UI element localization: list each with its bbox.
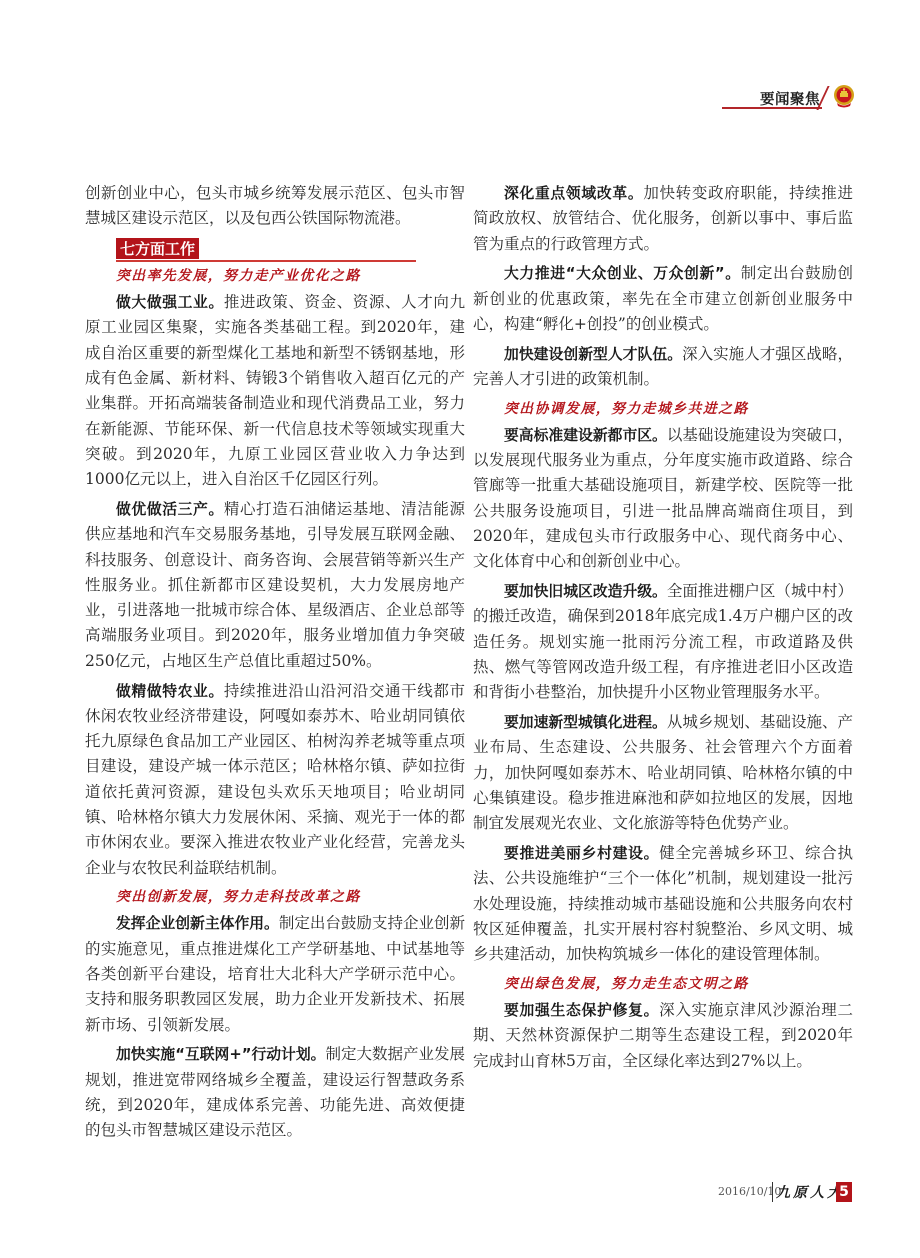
paragraph: 要推进美丽乡村建设。健全完善城乡环卫、综合执法、公共设施维护“三个一体化”机制，… [473,841,853,967]
left-column: 创新创业中心，包头市城乡统筹发展示范区、包头市智慧城区建设示范区，以及包西公铁国… [85,181,465,1148]
paragraph: 深化重点领域改革。加快转变政府职能，持续推进简政放权、放管结合、优化服务，创新以… [473,181,853,257]
section-header: 七方面工作 [85,236,465,264]
subhead: 突出率先发展，努力走产业优化之路 [85,264,465,289]
page-footer: 2016/10/10 九原人大 5 [0,1182,920,1212]
paragraph-lead: 要高标准建设新都市区。 [504,427,667,444]
paragraph: 做优做活三产。精心打造石油储运基地、清洁能源供应基地和汽车交易服务基地，引导发展… [85,497,465,674]
paragraph-text: 精心打造石油储运基地、清洁能源供应基地和汽车交易服务基地，引导发展互联网金融、科… [85,500,465,670]
paragraph-lead: 要推进美丽乡村建设。 [504,845,659,862]
paragraph: 要加快旧城区改造升级。全面推进棚户区（城中村）的搬迁改造，确保到2018年底完成… [473,579,853,705]
magazine-name: 九原人大 [776,1182,844,1202]
right-column: 深化重点领域改革。加快转变政府职能，持续推进简政放权、放管结合、优化服务，创新以… [473,181,853,1079]
subhead: 突出协调发展，努力走城乡共进之路 [473,397,853,422]
paragraph: 大力推进“大众创业、万众创新”。制定出台鼓励创新创业的优惠政策，率先在全市建立创… [473,261,853,337]
paragraph-lead: 加快实施“互联网+”行动计划。 [116,1046,325,1063]
paragraph-lead: 大力推进“大众创业、万众创新”。 [504,265,741,282]
paragraph: 要高标准建设新都市区。以基础设施建设为突破口，以发展现代服务业为重点，分年度实施… [473,423,853,575]
header-rule [722,107,822,109]
page-number: 5 [836,1182,852,1202]
paragraph: 做精做特农业。持续推进沿山沿河沿交通干线都市休闲农牧业经济带建设，阿嘎如泰苏木、… [85,679,465,881]
section-title: 要闻聚焦 [760,88,820,109]
subhead: 突出创新发展，努力走科技改革之路 [85,885,465,910]
section-badge: 七方面工作 [116,238,199,259]
section-rule [116,260,416,262]
footer-divider [772,1182,773,1202]
paragraph-lead: 发挥企业创新主体作用。 [116,915,279,932]
paragraph: 加快实施“互联网+”行动计划。制定大数据产业发展规划，推进宽带网络城乡全覆盖，建… [85,1042,465,1143]
paragraph-text: 持续推进沿山沿河沿交通干线都市休闲农牧业经济带建设，阿嘎如泰苏木、哈业胡同镇依托… [85,682,465,877]
paragraph-text: 以基础设施建设为突破口，以发展现代服务业为重点，分年度实施市政道路、综合管廊等一… [473,426,853,570]
paragraph: 发挥企业创新主体作用。制定出台鼓励支持企业创新的实施意见，重点推进煤化工产学研基… [85,911,465,1037]
page-header: 要闻聚焦 [0,0,920,130]
paragraph-lead: 深化重点领域改革。 [504,185,643,202]
paragraph: 要加强生态保护修复。深入实施京津风沙源治理二期、天然林资源保护二期等生态建设工程… [473,998,853,1074]
subhead: 突出绿色发展，努力走生态文明之路 [473,972,853,997]
paragraph-lead: 做优做活三产。 [116,501,224,518]
paragraph: 做大做强工业。推进政策、资金、资源、人才向九原工业园区集聚，实施各类基础工程。到… [85,290,465,492]
paragraph-lead: 要加快旧城区改造升级。 [504,583,667,600]
national-emblem-icon [833,84,855,108]
paragraph-lead: 做精做特农业。 [116,683,224,700]
intro-continuation: 创新创业中心，包头市城乡统筹发展示范区、包头市智慧城区建设示范区，以及包西公铁国… [85,181,465,232]
paragraph-lead: 要加速新型城镇化进程。 [504,714,667,731]
paragraph-lead: 要加强生态保护修复。 [504,1002,659,1019]
paragraph-lead: 做大做强工业。 [116,294,224,311]
paragraph-lead: 加快建设创新型人才队伍。 [504,346,682,363]
paragraph: 加快建设创新型人才队伍。深入实施人才强区战略，完善人才引进的政策机制。 [473,342,853,393]
paragraph: 要加速新型城镇化进程。从城乡规划、基础设施、产业布局、生态建设、公共服务、社会管… [473,710,853,836]
paragraph-text: 推进政策、资金、资源、人才向九原工业园区集聚，实施各类基础工程。到2020年，建… [85,293,465,488]
